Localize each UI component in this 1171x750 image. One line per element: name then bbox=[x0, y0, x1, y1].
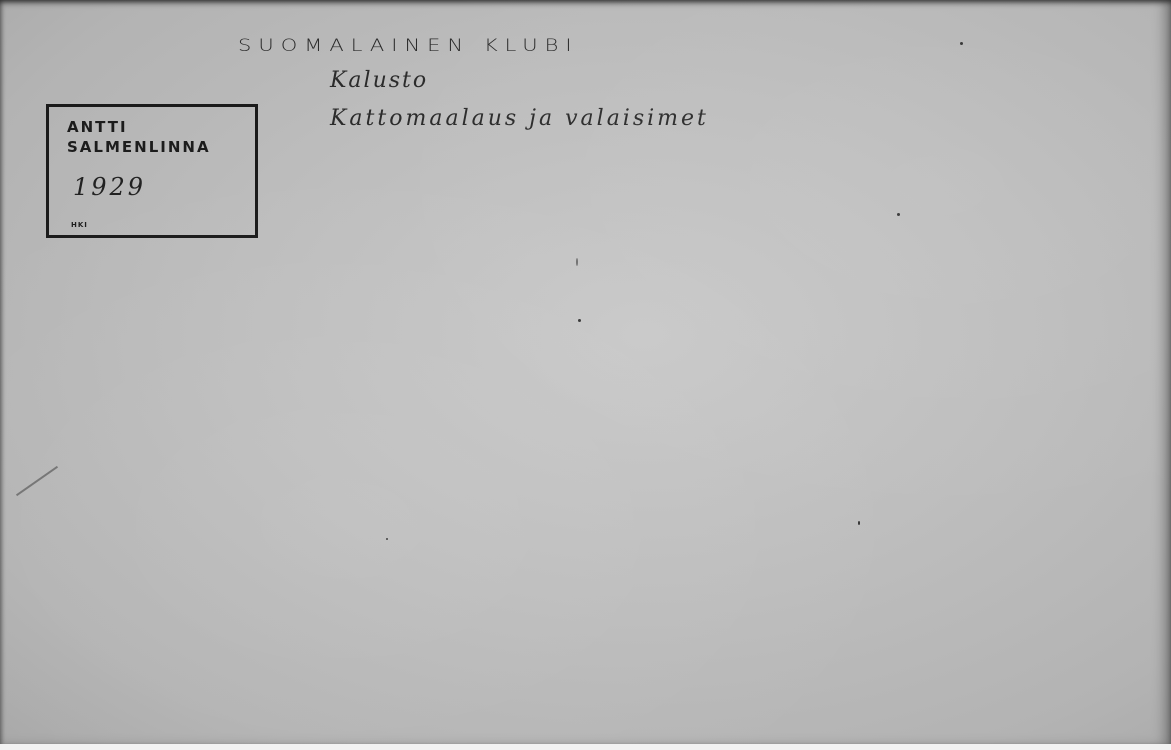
stamp-photographer-name: ANTTI SALMENLINNA bbox=[67, 117, 211, 157]
stamp-city: HKI bbox=[71, 221, 88, 229]
dust-speck bbox=[386, 538, 388, 540]
dust-speck bbox=[858, 521, 860, 525]
dust-speck bbox=[960, 42, 963, 45]
stamp-year: 1929 bbox=[73, 173, 146, 201]
handwritten-title: SUOMALAINEN KLUBI bbox=[238, 36, 579, 55]
dust-speck bbox=[897, 213, 900, 216]
dust-speck bbox=[576, 258, 578, 266]
handwritten-description: Kattomaalaus ja valaisimet bbox=[330, 106, 709, 131]
scan-border bbox=[0, 744, 1171, 750]
photo-card-back: ANTTI SALMENLINNA 1929 HKI SUOMALAINEN K… bbox=[0, 0, 1171, 744]
scratch-mark bbox=[16, 466, 58, 496]
dust-speck bbox=[578, 319, 581, 322]
photographer-stamp: ANTTI SALMENLINNA 1929 HKI bbox=[46, 104, 258, 238]
handwritten-subtitle: Kalusto bbox=[330, 68, 428, 93]
